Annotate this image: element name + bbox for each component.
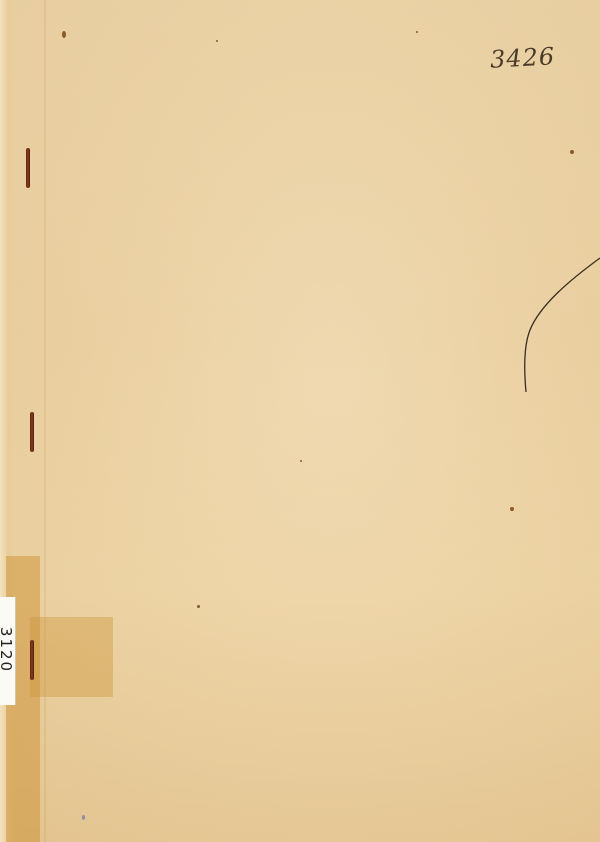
pencil-mark-icon	[0, 0, 600, 842]
paper-speck	[300, 460, 302, 462]
paper-speck	[82, 815, 85, 820]
paper-speck	[216, 40, 218, 42]
paper-speck	[62, 31, 66, 38]
document-cover: 3120 3426	[0, 0, 600, 842]
paper-speck	[416, 31, 418, 33]
paper-speck	[197, 605, 200, 608]
paper-speck	[570, 150, 574, 154]
paper-speck	[510, 507, 514, 511]
